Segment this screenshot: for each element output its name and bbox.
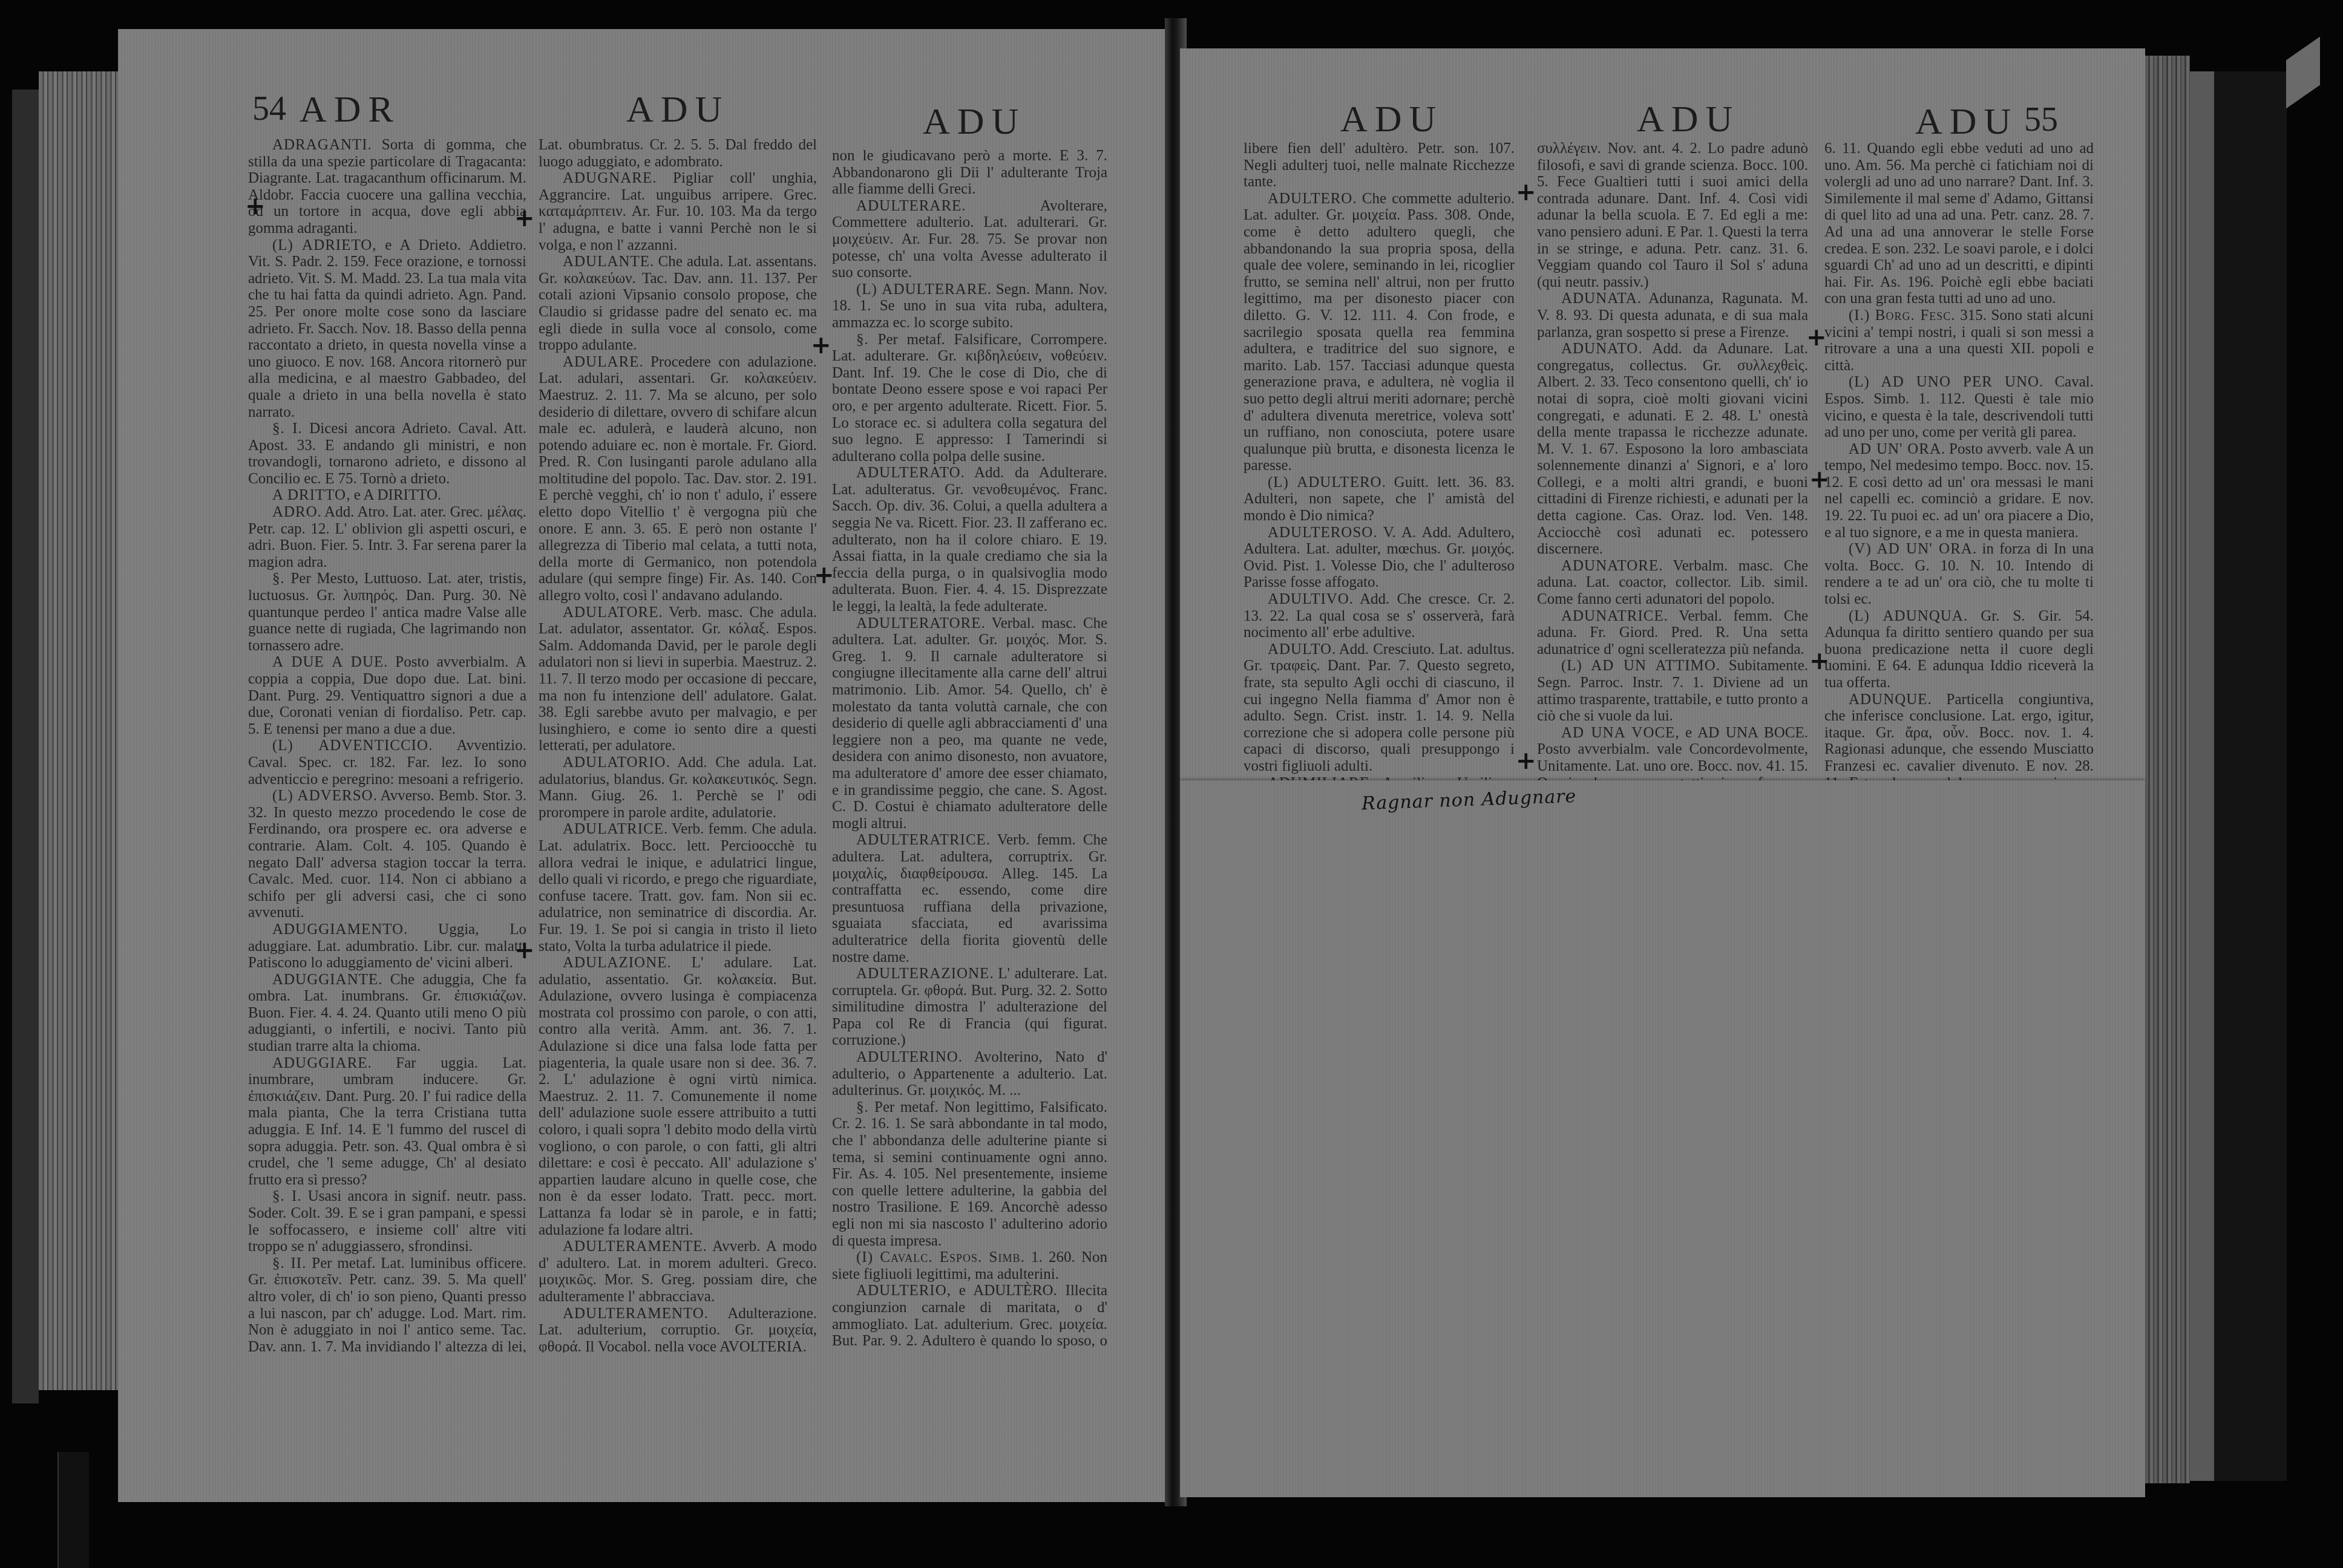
dictionary-entry: ADUNATORE. Verbalm. masc. Che aduna. Lat… xyxy=(1537,558,1808,608)
book-cover-right-edge xyxy=(2190,71,2214,1481)
dictionary-entry: ADRO. Add. Atro. Lat. ater. Grec. μέλας.… xyxy=(248,504,526,570)
dictionary-entry: AD UN' ORA. Posto avverb. vale A un temp… xyxy=(1824,441,2094,541)
left-page-stack-edge xyxy=(39,71,129,1390)
paper-slip-overlay xyxy=(1180,780,2145,1497)
dictionary-entry: ADULATRICE. Verb. femm. Che adula. Lat. … xyxy=(539,821,817,955)
margin-mark: + xyxy=(814,561,834,589)
dictionary-entry: ADUGNARE. Pigliar coll' unghia, Aggranci… xyxy=(539,170,817,253)
dictionary-entry: non le giudicavano però a morte. E 3. 7.… xyxy=(832,148,1107,198)
margin-mark: + xyxy=(1516,178,1536,206)
page-number-left: 54 xyxy=(252,90,286,128)
dictionary-entry: ADULTERAMENTE. Avverb. A modo d' adulter… xyxy=(539,1238,817,1305)
dictionary-entry: (L) ADULTERO. Guitt. lett. 36. 83. Adult… xyxy=(1244,474,1515,524)
book-cover-right-shadow xyxy=(2214,71,2287,1481)
bookmark-ribbon xyxy=(57,1452,89,1568)
margin-mark: + xyxy=(245,192,266,220)
dictionary-entry: (L) ADUNQUA. Gr. S. Gir. 54. Adunqua fa … xyxy=(1824,608,2094,691)
dictionary-entry: A DUE A DUE. Posto avverbialm. A coppia … xyxy=(248,654,526,737)
dictionary-entry: ADUGGIARE. Far uggia. Lat. inumbrare, um… xyxy=(248,1055,526,1189)
column-right-2: συλλέγειν. Nov. ant. 4. 2. Lo padre adun… xyxy=(1537,140,1808,782)
dictionary-entry: ADUNATRICE. Verbal. femm. Che aduna. Fr.… xyxy=(1537,608,1808,658)
dictionary-entry: (L) ADVERSO. Avverso. Bemb. Stor. 3. 32.… xyxy=(248,788,526,921)
page-number-right: 55 xyxy=(2024,100,2058,139)
dictionary-entry: 6. 11. Quando egli ebbe veduti ad uno ad… xyxy=(1824,140,2094,307)
dictionary-entry: (L) ADVENTICCIO. Avventizio. Caval. Spec… xyxy=(248,737,526,788)
dictionary-entry: §. Per metaf. Falsificare, Corrompere. L… xyxy=(832,332,1107,465)
dictionary-entry: §. I. Usasi ancora in signif. neutr. pas… xyxy=(248,1188,526,1255)
running-head-col6: ADU xyxy=(1915,100,2018,143)
dictionary-entry: ADULTERAMENTO. Adulterazione. Lat. adult… xyxy=(539,1305,817,1353)
margin-mark: + xyxy=(1806,324,1827,351)
dictionary-entry: §. II. Per metaf. Lat. luminibus officer… xyxy=(248,1255,526,1353)
dictionary-entry: συλλέγειν. Nov. ant. 4. 2. Lo padre adun… xyxy=(1537,140,1808,290)
dictionary-entry: ADULTERIO, e ADULTÈRO. Illecita congiunz… xyxy=(832,1282,1107,1351)
running-head-col3: ADU xyxy=(923,100,1026,143)
dictionary-entry: §. Per Mesto, Luttuoso. Lat. ater, trist… xyxy=(248,570,526,654)
dictionary-entry: ADUNATO. Add. da Adunare. Lat. congregat… xyxy=(1537,341,1808,558)
dictionary-entry: (I) Cavalc. Espos. Simb. 1. 260. Non sie… xyxy=(832,1249,1107,1282)
dictionary-entry: ADULTERATRICE. Verb. femm. Che adultera.… xyxy=(832,832,1107,965)
dictionary-entry: AD UNA VOCE, e AD UNA BOCE. Posto avverb… xyxy=(1537,725,1808,782)
dictionary-entry: ADULTERO. Che commette adulterio. Lat. a… xyxy=(1244,191,1515,474)
column-right-1: libere fien dell' adultèro. Petr. son. 1… xyxy=(1244,140,1515,782)
column-left-2: Lat. obumbratus. Cr. 2. 5. 5. Dal freddo… xyxy=(539,137,817,1353)
running-head-col4: ADU xyxy=(1340,98,1443,141)
dictionary-entry: Lat. obumbratus. Cr. 2. 5. 5. Dal freddo… xyxy=(539,137,817,170)
dictionary-entry: libere fien dell' adultèro. Petr. son. 1… xyxy=(1244,140,1515,191)
dictionary-entry: ADULTERINO. Avolterino, Nato d' adulteri… xyxy=(832,1049,1107,1099)
dictionary-entry: ADULTERATORE. Verbal. masc. Che adultera… xyxy=(832,615,1107,832)
column-left-1: ADRAGANTI. Sorta di gomma, che stilla da… xyxy=(248,137,526,1353)
book-cover-corner xyxy=(2286,36,2320,108)
dictionary-entry: ADRAGANTI. Sorta di gomma, che stilla da… xyxy=(248,137,526,237)
left-page: 54 ADR ADU ADU ADRAGANTI. Sorta di gomma… xyxy=(118,29,1174,1502)
dictionary-entry: (L) ADRIETO, e A Drieto. Addietro. Vit. … xyxy=(248,237,526,421)
dictionary-entry: ADUGGIAMENTO. Uggia, Lo aduggiare. Lat. … xyxy=(248,921,526,972)
dictionary-entry: (L) ADULTERARE. Segn. Mann. Nov. 18. 1. … xyxy=(832,281,1107,332)
book-cover-left-edge xyxy=(12,90,39,1403)
dictionary-entry: ADULATORIO. Add. Che adula. Lat. adulato… xyxy=(539,754,817,821)
running-head-col2: ADU xyxy=(626,88,729,131)
dictionary-entry: ADULATORE. Verb. masc. Che adula. Lat. a… xyxy=(539,604,817,754)
dictionary-entry: §. Per metaf. Non legittimo, Falsificato… xyxy=(832,1099,1107,1249)
dictionary-entry: ADULANTE. Che adula. Lat. assentans. Gr.… xyxy=(539,253,817,354)
dictionary-entry: (L) AD UN ATTIMO. Subitamente. Segn. Par… xyxy=(1537,658,1808,724)
dictionary-entry: A DRITTO, e A DIRITTO. xyxy=(248,487,526,504)
dictionary-entry: ADULTIVO. Add. Che cresce. Cr. 2. 13. 22… xyxy=(1244,591,1515,641)
margin-mark: + xyxy=(1516,747,1536,775)
column-right-3: 6. 11. Quando egli ebbe veduti ad uno ad… xyxy=(1824,140,2094,782)
dictionary-entry: ADUNQUE. Particella congiuntiva, che inf… xyxy=(1824,691,2094,782)
margin-mark: + xyxy=(811,332,831,359)
dictionary-entry: ADULARE. Procedere con adulazione. Lat. … xyxy=(539,354,817,604)
right-page-stack-edge xyxy=(2145,56,2190,1483)
dictionary-entry: ADUGGIANTE. Che aduggia, Che fa ombra. L… xyxy=(248,972,526,1055)
dictionary-entry: §. I. Dicesi ancora Adrieto. Caval. Att.… xyxy=(248,420,526,487)
running-head-col1: ADR xyxy=(300,88,401,131)
margin-mark: + xyxy=(1809,466,1830,494)
dictionary-entry: ADUNATA. Adunanza, Ragunata. M. V. 8. 93… xyxy=(1537,290,1808,341)
dictionary-entry: (I.) Borg. Fesc. 315. Sono stati alcuni … xyxy=(1824,307,2094,374)
column-left-3: non le giudicavano però a morte. E 3. 7.… xyxy=(832,148,1107,1351)
dictionary-entry: ADULTERAZIONE. L' adulterare. Lat. corru… xyxy=(832,965,1107,1049)
running-head-col5: ADU xyxy=(1637,98,1740,141)
dictionary-entry: ADULTERARE. Avolterare, Commettere adult… xyxy=(832,198,1107,281)
margin-mark: + xyxy=(514,936,535,964)
dictionary-entry: ADULAZIONE. L' adulare. Lat. adulatio, a… xyxy=(539,955,817,1238)
dictionary-entry: (V) AD UN' ORA. in forza di In una volta… xyxy=(1824,541,2094,607)
dictionary-entry: ADULTO. Add. Cresciuto. Lat. adultus. Gr… xyxy=(1244,641,1515,775)
dictionary-entry: ADULTEROSO. V. A. Add. Adultero, Adulter… xyxy=(1244,524,1515,591)
dictionary-entry: (L) AD UNO PER UNO. Caval. Espos. Simb. … xyxy=(1824,374,2094,440)
margin-mark: + xyxy=(514,204,535,232)
dictionary-entry: ADULTERATO. Add. da Adulterare. Lat. adu… xyxy=(832,465,1107,615)
margin-mark: + xyxy=(1809,647,1830,675)
